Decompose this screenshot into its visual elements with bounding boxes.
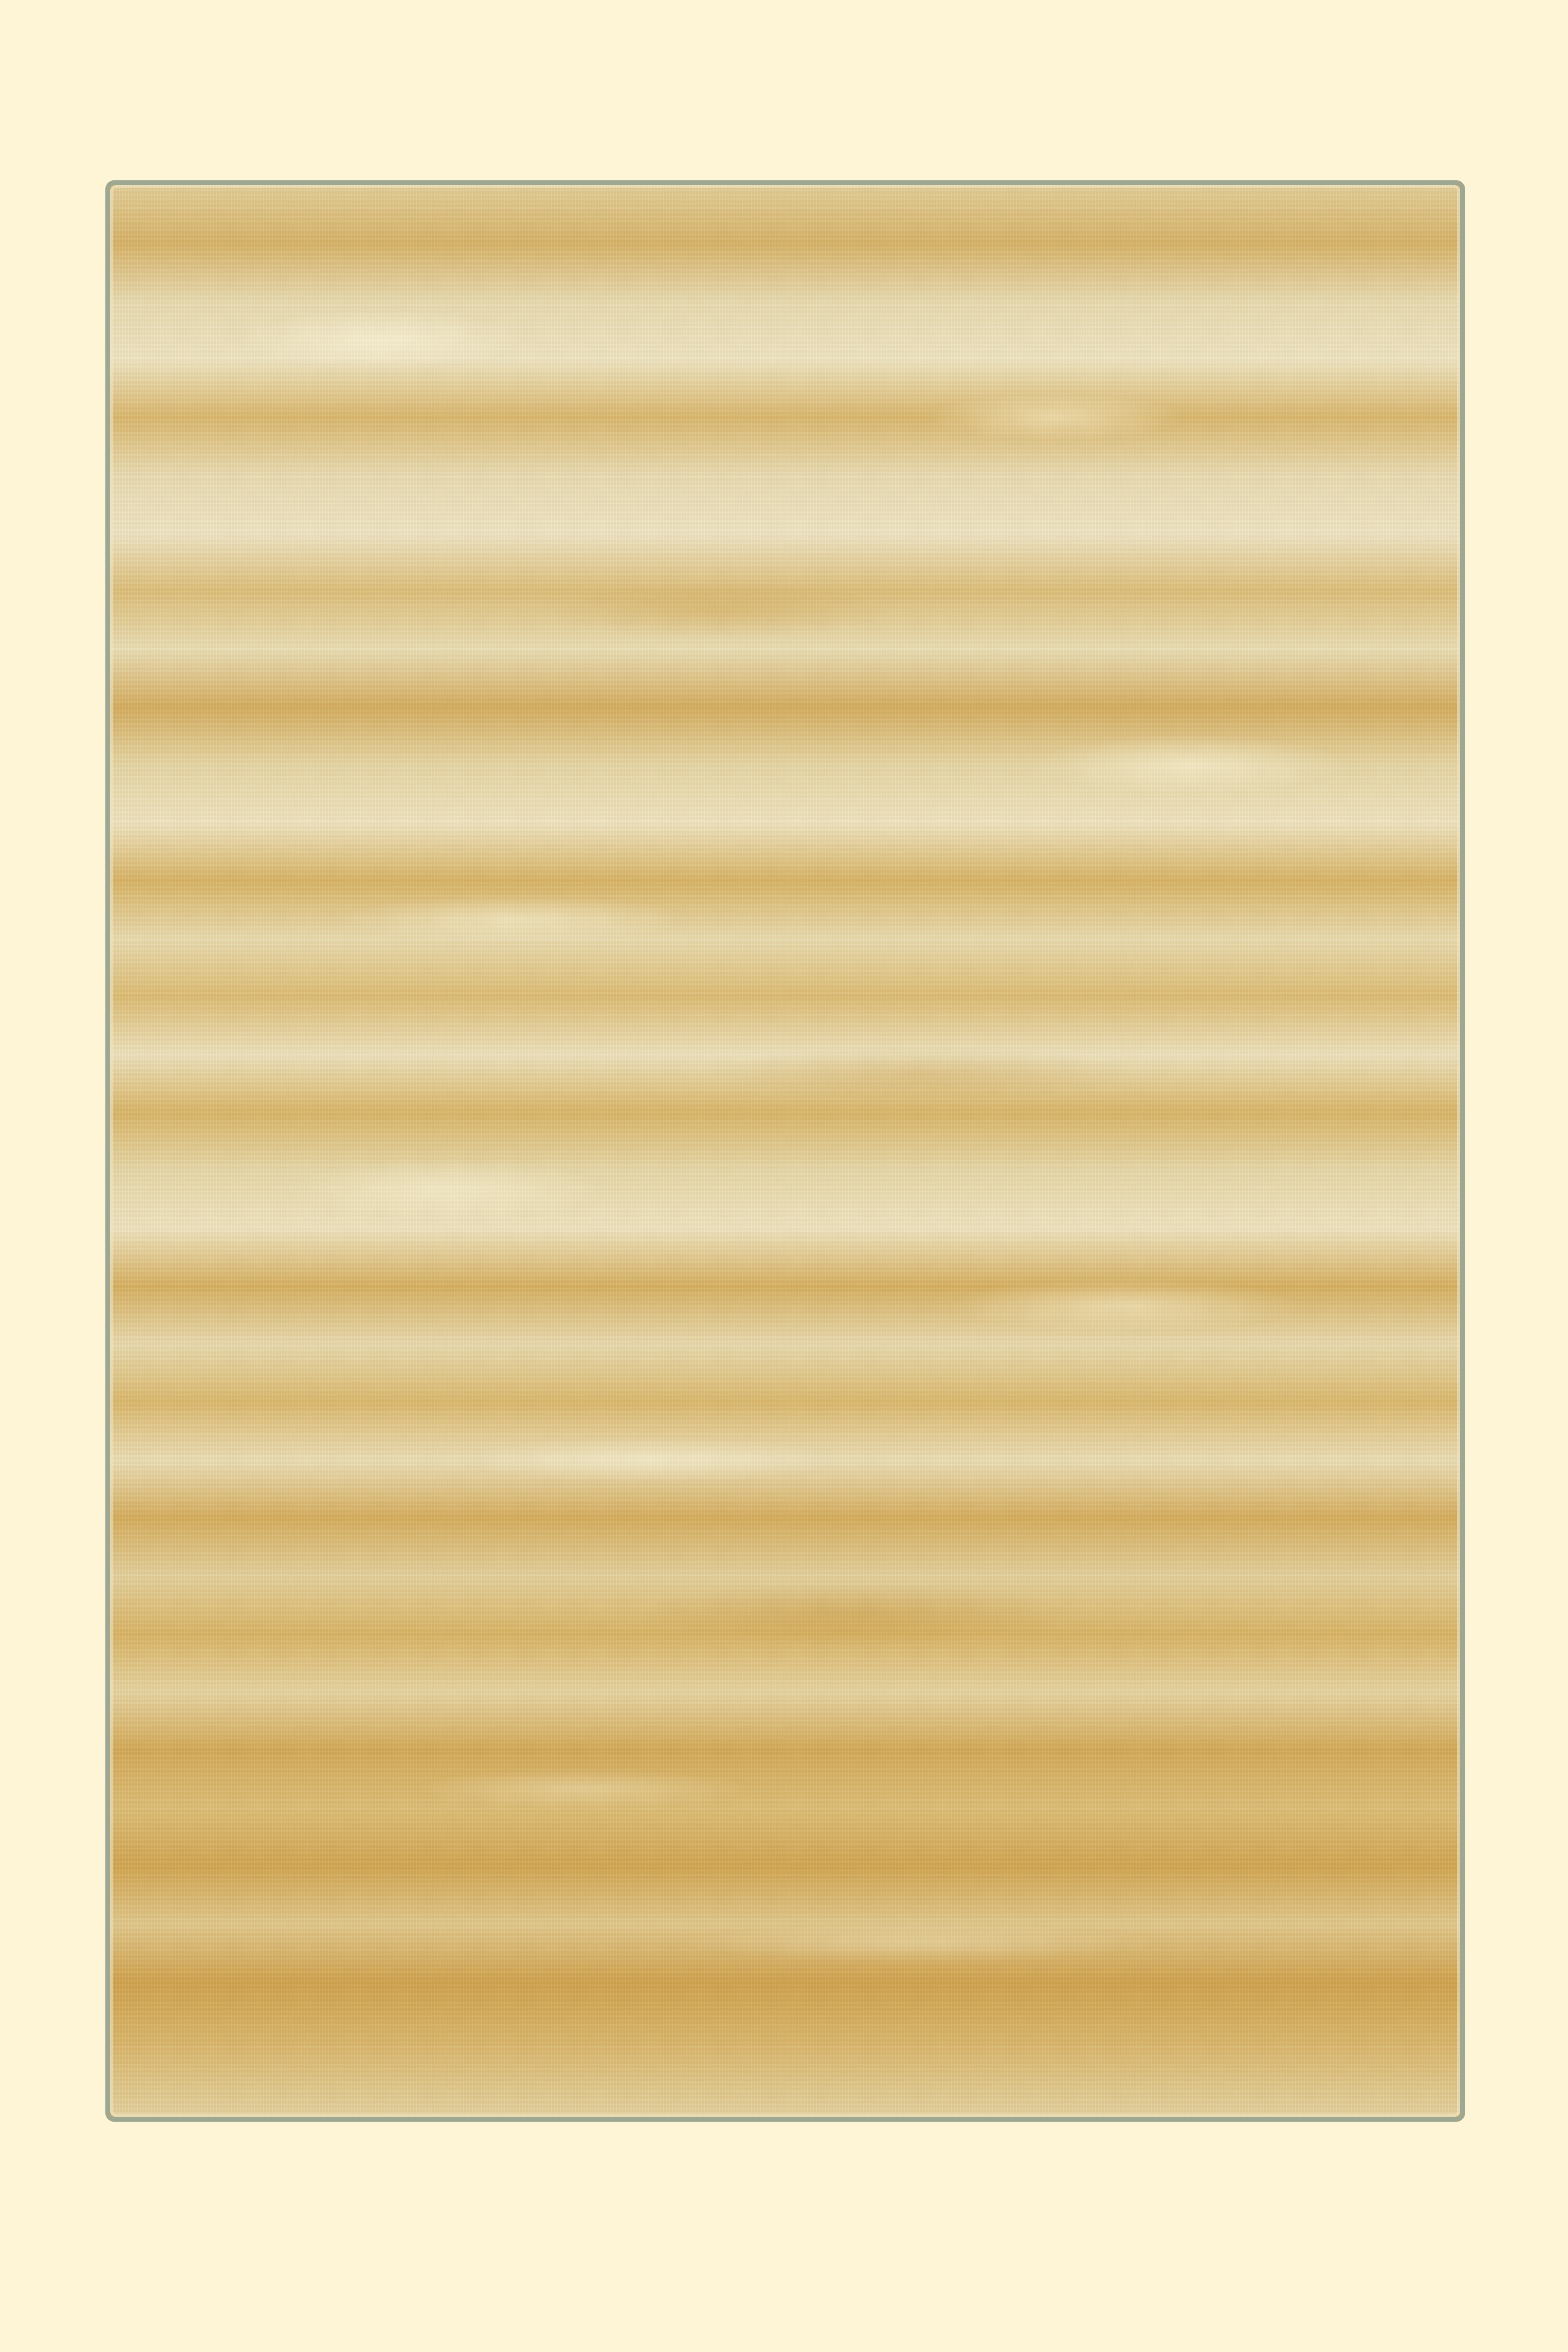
- rug-mottled-highlights: [110, 185, 1460, 2117]
- rug-image: [105, 180, 1465, 2122]
